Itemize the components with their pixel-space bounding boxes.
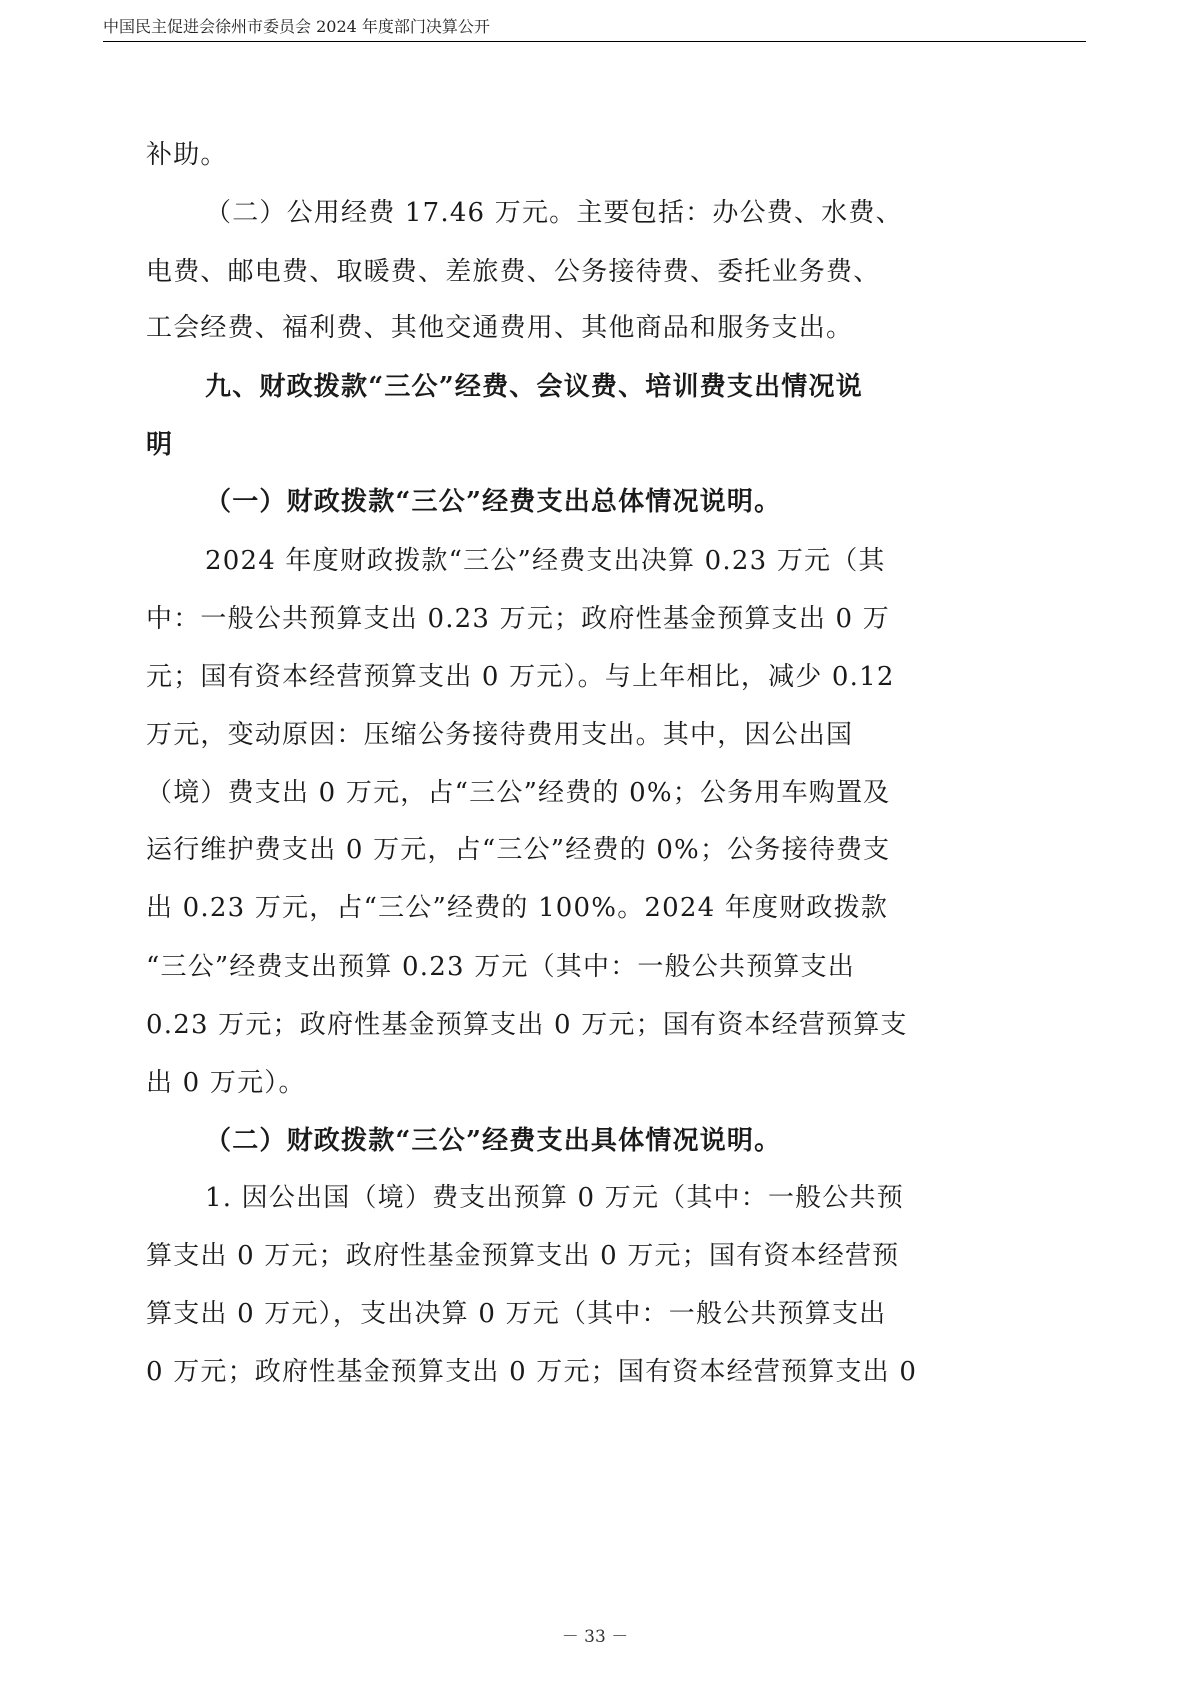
paragraph-line: 运行维护费支出 0 万元，占“三公”经费的 0%；公务接待费支 bbox=[146, 834, 890, 866]
paragraph-line: 算支出 0 万元），支出决算 0 万元（其中：一般公共预算支出 bbox=[146, 1298, 886, 1330]
page-number: － 33 － bbox=[0, 1622, 1190, 1647]
paragraph-line: 出 0.23 万元，占“三公”经费的 100%。2024 年度财政拨款 bbox=[146, 892, 888, 924]
header-divider bbox=[103, 41, 1086, 42]
subsection-heading: （二）财政拨款“三公”经费支出具体情况说明。 bbox=[205, 1125, 781, 1157]
section-heading: 明 bbox=[146, 429, 173, 461]
paragraph-line: 0.23 万元；政府性基金预算支出 0 万元；国有资本经营预算支 bbox=[146, 1009, 908, 1041]
paragraph-line: 1. 因公出国（境）费支出预算 0 万元（其中：一般公共预 bbox=[205, 1182, 904, 1214]
paragraph-line: 算支出 0 万元；政府性基金预算支出 0 万元；国有资本经营预 bbox=[146, 1240, 899, 1272]
paragraph-line: 中：一般公共预算支出 0.23 万元；政府性基金预算支出 0 万 bbox=[146, 603, 890, 635]
paragraph-line: 出 0 万元）。 bbox=[146, 1067, 306, 1099]
paragraph-line: 2024 年度财政拨款“三公”经费支出决算 0.23 万元（其 bbox=[205, 545, 886, 577]
section-heading: 九、财政拨款“三公”经费、会议费、培训费支出情况说 bbox=[205, 371, 863, 403]
paragraph-line: 电费、邮电费、取暖费、差旅费、公务接待费、委托业务费、 bbox=[146, 256, 880, 288]
paragraph-line: 元；国有资本经营预算支出 0 万元）。与上年相比，减少 0.12 bbox=[146, 661, 895, 693]
document-header-title: 中国民主促进会徐州市委员会 2024 年度部门决算公开 bbox=[103, 14, 490, 37]
paragraph-line: （二）公用经费 17.46 万元。主要包括：办公费、水费、 bbox=[205, 197, 903, 229]
paragraph-line: （境）费支出 0 万元，占“三公”经费的 0%；公务用车购置及 bbox=[146, 777, 890, 809]
paragraph-line: 补助。 bbox=[146, 139, 228, 171]
paragraph-line: 万元，变动原因：压缩公务接待费用支出。其中，因公出国 bbox=[146, 719, 853, 751]
subsection-heading: （一）财政拨款“三公”经费支出总体情况说明。 bbox=[205, 486, 781, 518]
paragraph-line: 工会经费、福利费、其他交通费用、其他商品和服务支出。 bbox=[146, 312, 853, 344]
paragraph-line: 0 万元；政府性基金预算支出 0 万元；国有资本经营预算支出 0 bbox=[146, 1356, 917, 1388]
paragraph-line: “三公”经费支出预算 0.23 万元（其中：一般公共预算支出 bbox=[146, 951, 855, 983]
